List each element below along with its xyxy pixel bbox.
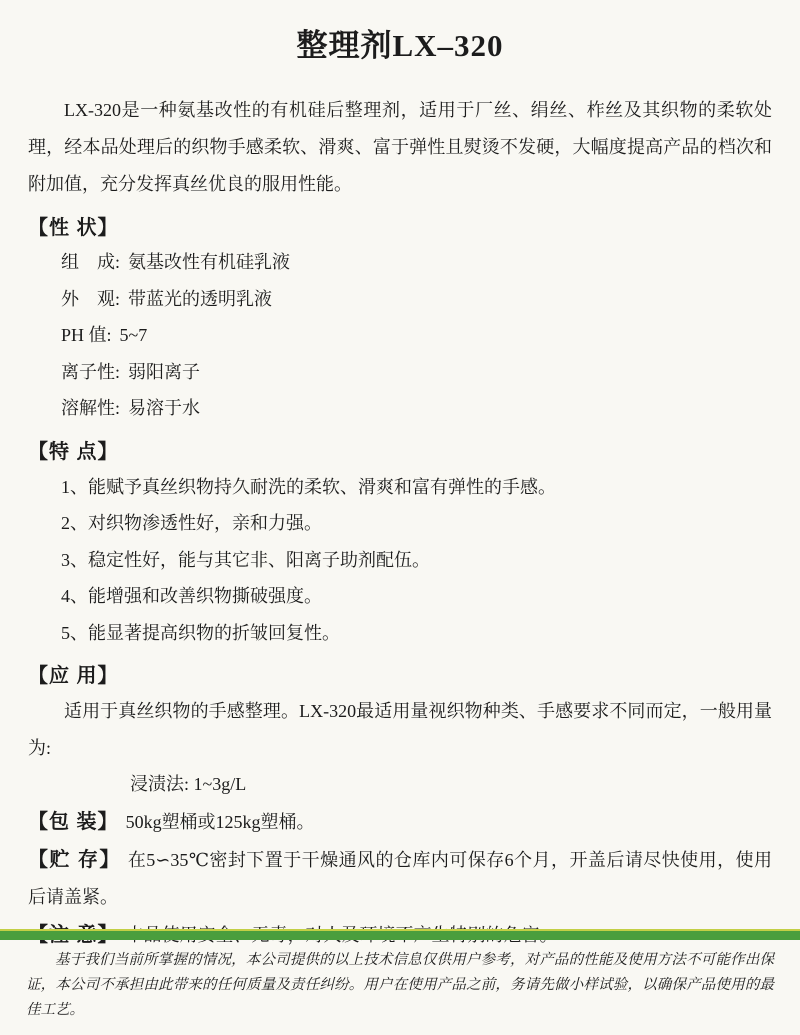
application-heading: 【应 用】 <box>28 659 772 688</box>
property-value: 5~7 <box>120 325 148 345</box>
property-row-solubility: 溶解性:易溶于水 <box>61 390 772 427</box>
property-label: 外 观: <box>61 289 120 309</box>
page-title: 整理剂LX–320 <box>28 0 772 65</box>
property-label: 组 成: <box>61 252 120 272</box>
storage-body: 在5∽35℃密封下置于干燥通风的仓库内可保存6个月，开盖后请尽快使用，使用后请盖… <box>28 850 772 907</box>
intro-paragraph: LX-320是一种氨基改性的有机硅后整理剂，适用于厂丝、绢丝、柞丝及其织物的柔软… <box>28 92 772 203</box>
packaging-heading: 【包 装】 <box>28 811 119 833</box>
document-page: 整理剂LX–320 LX-320是一种氨基改性的有机硅后整理剂，适用于厂丝、绢丝… <box>0 0 800 1035</box>
features-heading: 【特 点】 <box>28 435 772 464</box>
feature-item: 2、对织物渗透性好，亲和力强。 <box>61 505 772 542</box>
application-body: 适用于真丝织物的手感整理。LX-320最适用量视织物种类、手感要求不同而定，一般… <box>28 693 772 766</box>
green-divider-bar <box>0 929 800 940</box>
packaging-body: 50kg塑桶或125kg塑桶。 <box>126 812 315 832</box>
property-row-appearance: 外 观:带蓝光的透明乳液 <box>61 281 772 318</box>
property-row-ph: PH 值:5~7 <box>61 317 772 354</box>
section-storage: 【贮 存】在5∽35℃密封下置于干燥通风的仓库内可保存6个月，开盖后请尽快使用，… <box>28 842 772 916</box>
section-properties: 【性 状】 组 成:氨基改性有机硅乳液 外 观:带蓝光的透明乳液 PH 值:5~… <box>28 211 772 427</box>
section-packaging: 【包 装】50kg塑桶或125kg塑桶。 <box>28 804 772 841</box>
storage-heading: 【贮 存】 <box>28 849 121 871</box>
section-features: 【特 点】 1、能赋予真丝织物持久耐洗的柔软、滑爽和富有弹性的手感。 2、对织物… <box>28 435 772 652</box>
property-value: 氨基改性有机硅乳液 <box>128 252 290 272</box>
page-footer: 基于我们当前所掌握的情况，本公司提供的以上技术信息仅供用户参考，对产品的性能及使… <box>0 929 800 1035</box>
property-label: 离子性: <box>61 362 120 382</box>
property-row-ionicity: 离子性:弱阳离子 <box>61 354 772 391</box>
property-value: 带蓝光的透明乳液 <box>128 289 272 309</box>
property-label: 溶解性: <box>61 398 120 418</box>
property-label: PH 值: <box>61 325 112 345</box>
disclaimer-text: 基于我们当前所掌握的情况，本公司提供的以上技术信息仅供用户参考，对产品的性能及使… <box>0 948 800 1035</box>
feature-item: 5、能显著提高织物的折皱回复性。 <box>61 615 772 652</box>
features-list: 1、能赋予真丝织物持久耐洗的柔软、滑爽和富有弹性的手感。 2、对织物渗透性好，亲… <box>28 469 772 652</box>
property-value: 易溶于水 <box>128 398 200 418</box>
properties-list: 组 成:氨基改性有机硅乳液 外 观:带蓝光的透明乳液 PH 值:5~7 离子性:… <box>28 244 772 427</box>
application-dosage: 浸渍法: 1~3g/L <box>130 766 772 803</box>
properties-heading: 【性 状】 <box>28 211 772 240</box>
feature-item: 1、能赋予真丝织物持久耐洗的柔软、滑爽和富有弹性的手感。 <box>61 469 772 506</box>
property-value: 弱阳离子 <box>128 362 200 382</box>
feature-item: 4、能增强和改善织物撕破强度。 <box>61 578 772 615</box>
feature-item: 3、稳定性好，能与其它非、阳离子助剂配伍。 <box>61 542 772 579</box>
document-content: 整理剂LX–320 LX-320是一种氨基改性的有机硅后整理剂，适用于厂丝、绢丝… <box>0 0 800 954</box>
section-application: 【应 用】 适用于真丝织物的手感整理。LX-320最适用量视织物种类、手感要求不… <box>28 659 772 803</box>
property-row-composition: 组 成:氨基改性有机硅乳液 <box>61 244 772 281</box>
